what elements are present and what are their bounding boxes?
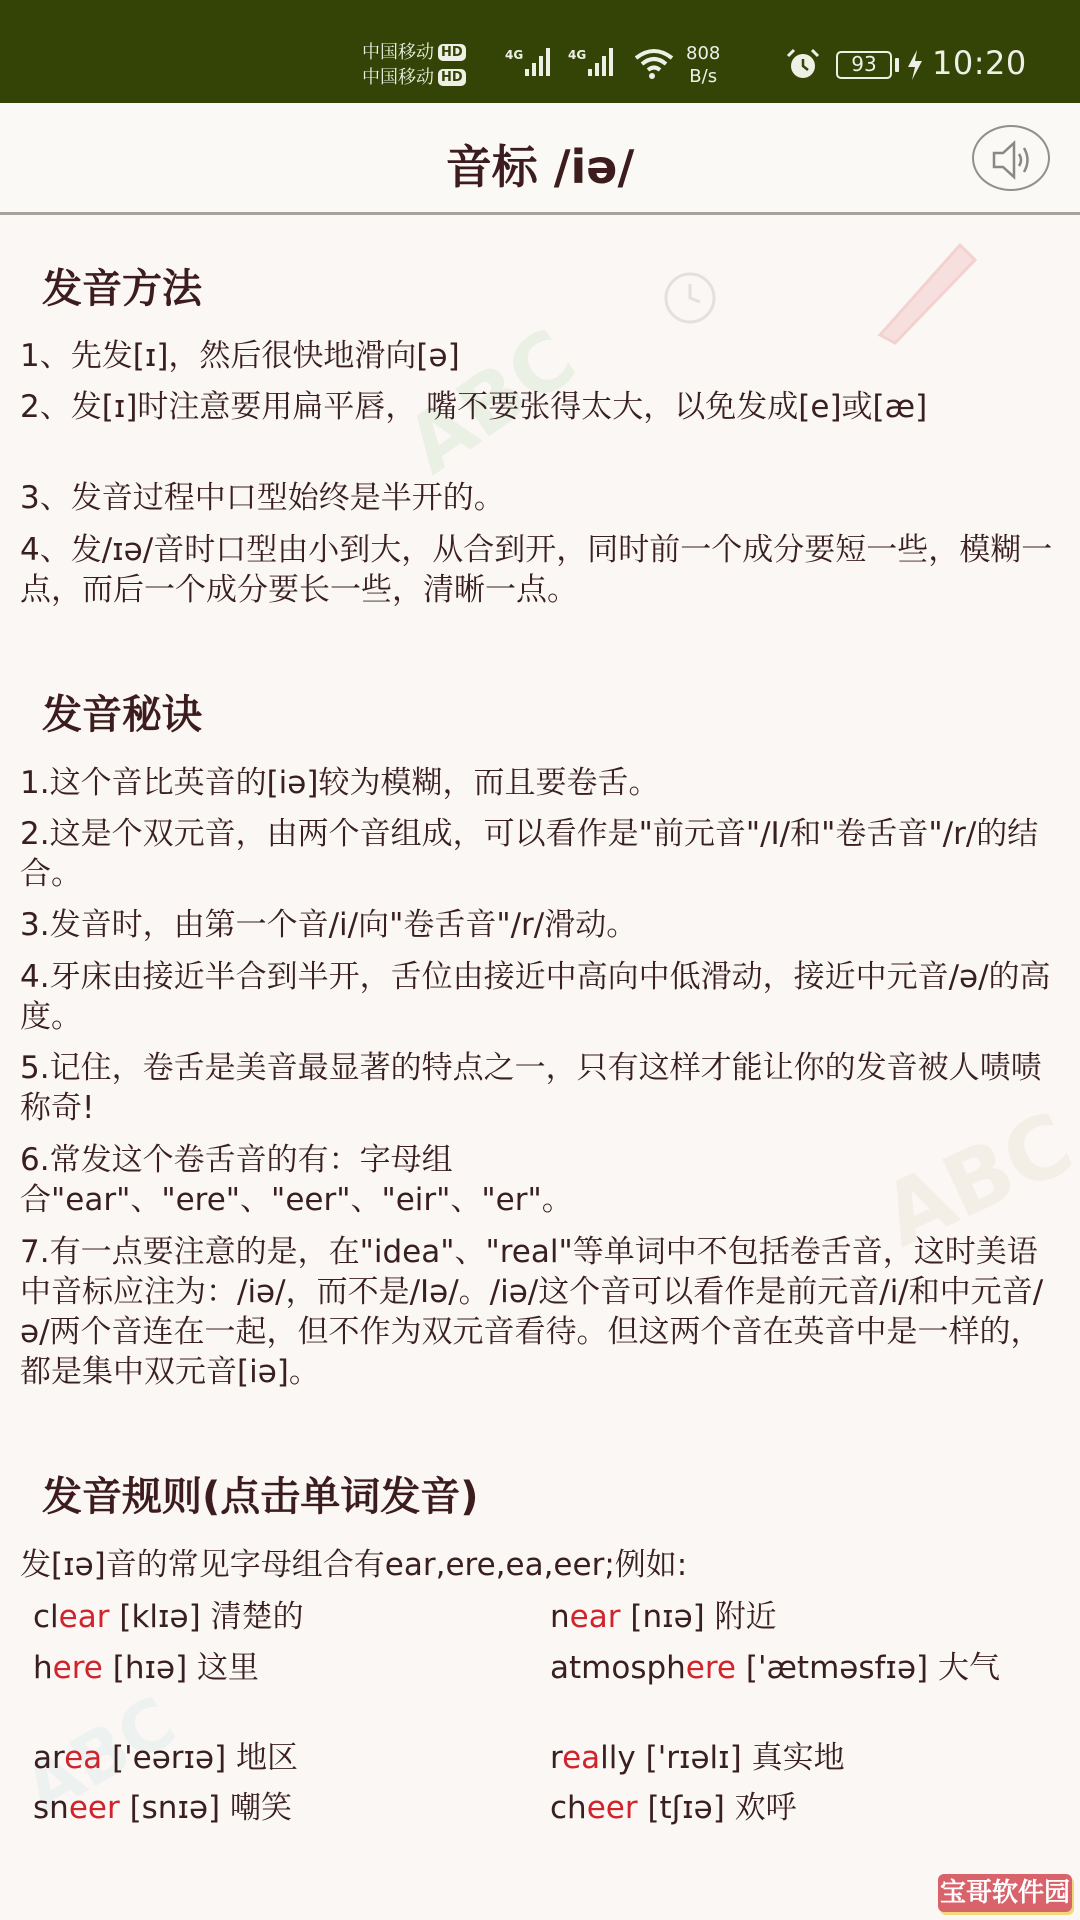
tip-item-6: 6.常发这个卷舌音的有：字母组合"ear"、"ere"、"eer"、"eir"、… [20, 1140, 620, 1220]
wifi-icon [634, 48, 674, 80]
method-item-1: 1、先发[ɪ]，然后很快地滑向[ə] [20, 336, 1060, 376]
hd-badge: HD [438, 44, 466, 61]
tip-item-1: 1.这个音比英音的[iə]较为模糊，而且要卷舌。 [20, 763, 1060, 803]
section-title: 发音规则(点击单词发音) [42, 1465, 479, 1522]
carrier-1: 中国移动 [362, 40, 434, 65]
hd-badge: HD [438, 69, 466, 86]
section-title: 发音秘诀 [42, 683, 202, 740]
watermark-badge: 宝哥软件园 [938, 1874, 1072, 1912]
word-cheer[interactable]: cheer [tʃɪə] 欢呼 [550, 1788, 797, 1828]
method-item-3: 3、发音过程中口型始终是半开的。 [20, 478, 1060, 518]
section-title: 发音方法 [42, 257, 202, 314]
method-item-2: 2、发[ɪ]时注意要用扁平唇， 嘴不要张得太大，以免发成[e]或[æ] [20, 387, 1060, 427]
network-speed: 808 B/s [686, 42, 720, 88]
tip-item-7: 7.有一点要注意的是，在"idea"、"real"等单词中不包括卷舌音，这时美语… [20, 1232, 1060, 1392]
pencil-decoration-icon [870, 225, 980, 345]
charging-icon [906, 50, 924, 80]
rules-intro: 发[ɪə]音的常见字母组合有ear,ere,ea,eer;例如: [20, 1545, 1060, 1585]
signal-icon: 4G [568, 48, 613, 76]
carrier-2: 中国移动 [362, 65, 434, 90]
method-item-4: 4、发/ɪə/音时口型由小到大，从合到开，同时前一个成分要短一些，模糊一点，而后… [20, 530, 1060, 610]
signal-icon: 4G [505, 48, 550, 76]
tip-item-4: 4.牙床由接近半合到半开，舌位由接近中高向中低滑动，接近中元音/ə/的高度。 [20, 957, 1060, 1037]
word-clear[interactable]: clear [klɪə] 清楚的 [33, 1597, 304, 1637]
battery-tip [895, 58, 899, 72]
play-sound-button[interactable] [972, 125, 1050, 191]
carrier-info: 中国移动HD 中国移动HD [362, 40, 466, 90]
tip-item-5: 5.记住，卷舌是美音最显著的特点之一，只有这样才能让你的发音被人啧啧称奇! [20, 1048, 1060, 1128]
word-really[interactable]: really ['rɪəlɪ] 真实地 [550, 1738, 845, 1778]
battery-indicator: 93 [836, 51, 892, 79]
speaker-icon [990, 139, 1036, 181]
clock-decoration-icon [660, 268, 720, 328]
word-sneer[interactable]: sneer [snɪə] 嘲笑 [33, 1788, 292, 1828]
clock: 10:20 [932, 44, 1027, 82]
word-atmosphere[interactable]: atmosphere ['ætməsfɪə] 大气 [550, 1648, 1060, 1688]
tip-item-2: 2.这是个双元音，由两个音组成，可以看作是"前元音"/I/和"卷舌音"/r/的结… [20, 814, 1060, 894]
word-here[interactable]: here [hɪə] 这里 [33, 1648, 259, 1688]
word-area[interactable]: area ['eərɪə] 地区 [33, 1738, 298, 1778]
status-bar: 中国移动HD 中国移动HD 4G 4G 808 B/s 93 10:20 [0, 0, 1080, 103]
tip-item-3: 3.发音时，由第一个音/i/向"卷舌音"/r/滑动。 [20, 905, 1060, 945]
page-title: 音标 /iə/ [0, 131, 1080, 197]
alarm-icon [785, 48, 821, 80]
header: 音标 /iə/ [0, 103, 1080, 215]
word-near[interactable]: near [nɪə] 附近 [550, 1597, 777, 1637]
